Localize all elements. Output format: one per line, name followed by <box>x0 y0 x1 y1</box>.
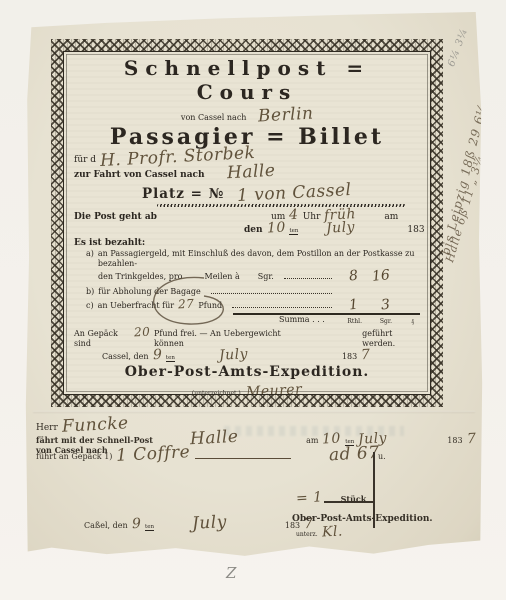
cf-date-pre: Caßel, den <box>84 521 128 531</box>
cf-passenger-handwritten: Funcke <box>62 418 129 431</box>
cf-date-day-handwritten: 9 <box>131 519 141 529</box>
date-pre: Cassel, den <box>102 352 149 362</box>
handwritten-dash <box>195 448 291 459</box>
cf-luggage-label: führt an Gepäck 1) <box>36 452 112 462</box>
column-rthl: Rthl. <box>347 318 362 325</box>
fee-text-a4: Sgr. <box>258 272 274 282</box>
summa-rule <box>233 313 420 315</box>
cf-date-month-handwritten: July <box>192 517 227 529</box>
seat-label: Platz = № <box>142 186 224 202</box>
signature-flourish <box>134 270 254 330</box>
cf-day-handwritten: 10 <box>322 434 341 445</box>
official-signature: Meurer <box>246 385 303 395</box>
dotted-leader <box>284 269 332 279</box>
cf-expedition-title: Ober-Post-Amts-Expedition. <box>292 514 433 525</box>
den-label: den <box>244 225 263 236</box>
cf-pfund-symbol: u. <box>378 452 386 462</box>
cf-signature: Kl. <box>321 526 342 537</box>
fee-key-a: a) <box>86 249 94 259</box>
cf-weight-handwritten: ad 67 <box>328 447 379 460</box>
scan-background: Schnellpost = Cours von Cassel nach Berl… <box>0 0 506 600</box>
departure-line-1: Die Post geht ab um 4 Uhr früh am <box>74 210 420 223</box>
paid-label: Es ist bezahlt: <box>74 238 420 249</box>
issue-date-line: Cassel, den 9 ten July 183 7 <box>102 350 420 362</box>
route-handwritten: Berlin <box>257 109 313 122</box>
billet-body: Schnellpost = Cours von Cassel nach Berl… <box>63 51 431 395</box>
expedition-title: Ober-Post-Amts-Expedition. <box>74 364 420 380</box>
cf-stueck-line: = 1 Stück <box>296 493 366 504</box>
cf-unterz-label: unterz. <box>296 531 318 538</box>
day-handwritten: 10 <box>266 223 285 234</box>
departure-line-2: den 10 ten July 183 7 <box>74 223 420 236</box>
column-pf: ₰ <box>411 318 414 325</box>
date-year-printed: 183 <box>342 352 357 362</box>
amount-a-sgr: 16 <box>371 267 390 285</box>
cf-herr-line: Herr Funcke <box>36 420 128 434</box>
luggage-post: geführt werden. <box>362 329 420 349</box>
amount-c-sgr: 3 <box>380 297 391 314</box>
cf-am-label: am <box>306 436 318 446</box>
departure-lead: Die Post geht ab <box>74 212 157 223</box>
ornamental-border: Schnellpost = Cours von Cassel nach Berl… <box>51 39 443 407</box>
hour-handwritten: 4 <box>289 210 299 220</box>
date-year-handwritten: 7 <box>361 350 371 360</box>
fee-key-b: b) <box>86 287 94 297</box>
route-label: von Cassel nach <box>181 113 247 122</box>
luggage-mid: Pfund frei. — An Uebergewicht können <box>154 329 294 349</box>
signature-line: (unterzeichnet.) Meurer <box>74 380 420 395</box>
cf-year-printed: 183 <box>447 436 462 446</box>
cf-destination-handwritten: Halle <box>189 432 238 445</box>
route-line: von Cassel nach Berlin <box>74 105 420 124</box>
cf-date-ten-suffix: ten <box>145 524 154 531</box>
luggage-pre: An Gepäck sind <box>74 329 130 349</box>
ticket-paper: Schnellpost = Cours von Cassel nach Berl… <box>24 12 484 558</box>
cf-year-handwritten: 7 <box>466 434 476 444</box>
pencil-z-mark: Z <box>226 564 236 582</box>
ten-suffix: ten <box>289 228 298 235</box>
fee-key-c: c) <box>86 301 94 311</box>
date-ten-suffix: ten <box>166 355 175 362</box>
unterzeichnet-label: (unterzeichnet.) <box>192 390 241 395</box>
date-day-handwritten: 9 <box>152 350 162 360</box>
wavy-rule <box>157 204 406 207</box>
cf-stueck-label: Stück <box>341 494 367 504</box>
column-sgr: Sgr. <box>380 318 392 325</box>
for-label: für d <box>74 155 96 166</box>
cf-signature-line: unterz. Kl. <box>296 527 343 538</box>
summa-label: Summa . . . <box>279 315 325 325</box>
journey-label: zur Fahrt von Cassel nach <box>74 170 205 181</box>
fee-text-a1: an Passagiergeld, mit Einschluß des davo… <box>98 249 420 269</box>
month-handwritten: July <box>326 222 355 234</box>
cf-luggage-handwritten: 1 Coffre <box>116 447 191 461</box>
amount-c-rthl: 1 <box>348 297 359 314</box>
seat-line: Platz = № 1 von Cassel <box>74 183 420 202</box>
paper-crease <box>33 411 475 413</box>
amount-a-rthl: 8 <box>348 267 359 284</box>
year-printed: 183 <box>407 225 424 236</box>
destination-handwritten: Halle <box>226 166 275 179</box>
cf-count-handwritten: = 1 <box>296 492 323 503</box>
margin-note-pencil: 6¼ 3¼ <box>446 27 470 69</box>
date-month-handwritten: July <box>219 350 248 362</box>
fee-item-a-line1: a) an Passagiergeld, mit Einschluß des d… <box>86 249 420 269</box>
cf-luggage-line: führt an Gepäck 1) 1 Coffre ad 67 <box>36 448 456 462</box>
cf-date-line: Caßel, den 9 ten July 183 7 <box>84 518 314 531</box>
billet-title: Schnellpost = Cours <box>74 56 420 104</box>
journey-line: zur Fahrt von Cassel nach Halle <box>74 167 420 181</box>
am-label: am <box>384 212 398 223</box>
year-handwritten: 7 <box>428 223 431 233</box>
uhr-label: Uhr <box>303 212 321 223</box>
seat-number-handwritten: 1 von Cassel <box>237 185 352 201</box>
